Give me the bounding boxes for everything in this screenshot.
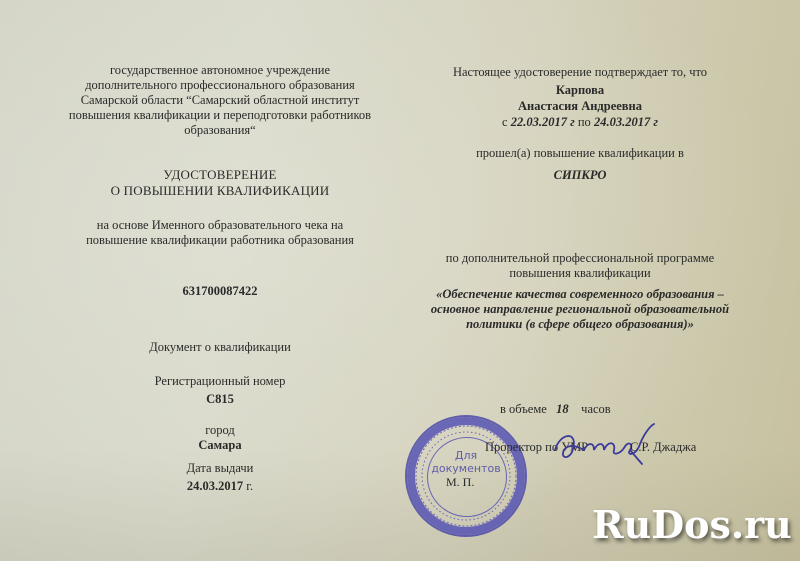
seal-label: М. П. [446,475,474,490]
program-intro: по дополнительной профессиональной прогр… [410,251,750,281]
passed-text: прошел(а) повышение квалификации в [410,146,750,161]
institution-name: государственное автономное учреждение до… [60,63,380,138]
city-value: Самара [60,438,380,453]
confirm-text: Настоящее удостоверение подтверждает то,… [410,65,750,80]
program-name: «Обеспечение качества современного образ… [410,287,750,332]
course-volume: в объеме 18 часов [500,402,630,417]
training-period: с 22.03.2017 г по 24.03.2017 г [410,115,750,130]
registration-number: С815 [60,392,380,407]
city-label: город [60,423,380,438]
registration-label: Регистрационный номер [60,374,380,389]
given-names: Анастасия Андреевна [410,99,750,114]
watermark-logo: RuDos.ru [592,502,792,547]
document-title: УДОСТОВЕРЕНИЕ О ПОВЫШЕНИИ КВАЛИФИКАЦИИ [60,167,380,199]
signer-name: С.Р. Джаджа [630,440,696,455]
issue-date-label: Дата выдачи [60,461,380,476]
surname: Карпова [410,83,750,98]
issue-date: 24.03.2017 г. [60,479,380,494]
basis-text: на основе Именного образовательного чека… [60,218,380,248]
organization: СИПКРО [410,168,750,183]
certificate-number: 631700087422 [60,284,380,299]
document-label: Документ о квалификации [60,340,380,355]
